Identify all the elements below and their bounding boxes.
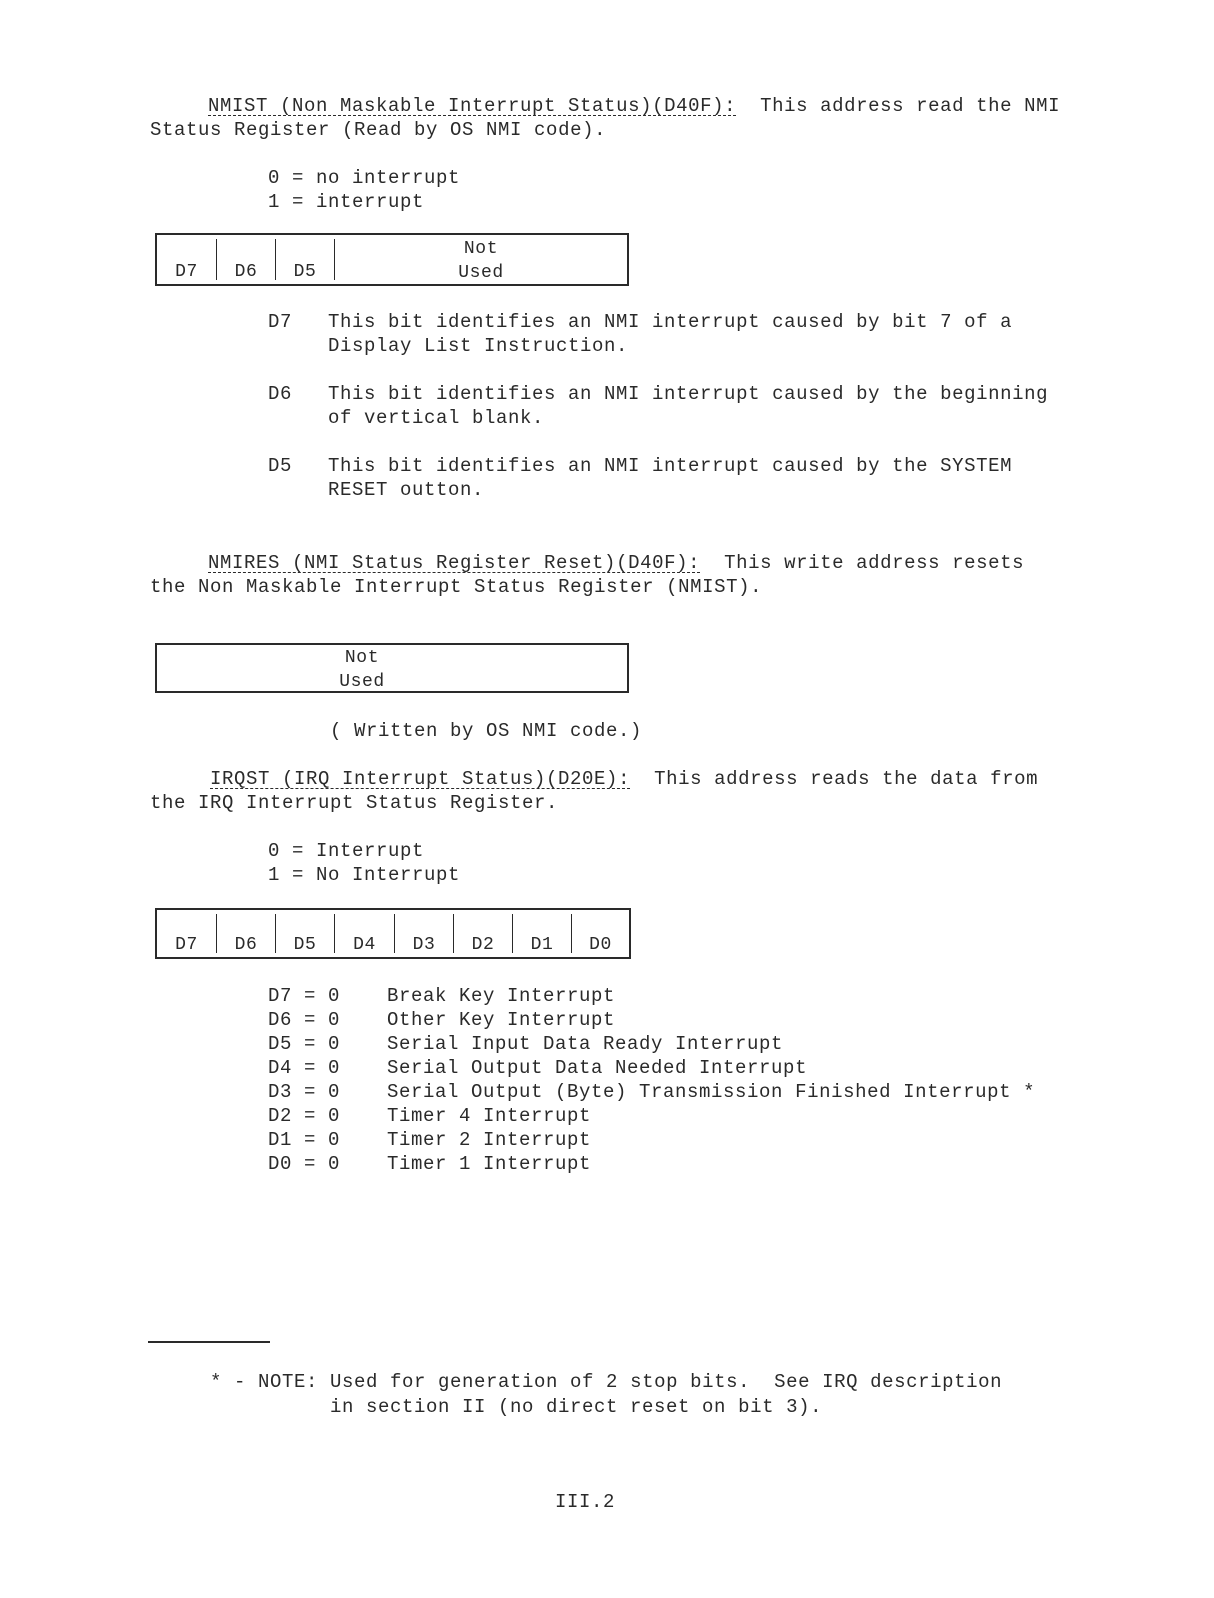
irqst-intro-line2: the IRQ Interrupt Status Register. (150, 791, 558, 815)
nmist-register-diagram: D7 D6 D5 Not Used (155, 233, 629, 286)
irqst-bit-cell-d3: D3 (395, 910, 453, 957)
irqst-meaning-d7: Break Key Interrupt (387, 984, 615, 1008)
bit-label: D7 (157, 933, 216, 957)
nmires-not-used-cell: Not Used (312, 646, 412, 694)
bit-label: D2 (454, 933, 512, 957)
irqst-bit-d3: D3 = 0 (268, 1080, 340, 1104)
bit-label: D0 (572, 933, 629, 957)
page-number: III.2 (555, 1490, 615, 1514)
nmist-desc-d5-line2: RESET outton. (328, 478, 484, 502)
irqst-bit-cell-d2: D2 (454, 910, 512, 957)
nmires-heading: NMIRES (NMI Status Register Reset)(D40F)… (208, 552, 700, 574)
nmires-intro-line2: the Non Maskable Interrupt Status Regist… (150, 575, 762, 599)
irqst-meaning-d5: Serial Input Data Ready Interrupt (387, 1032, 783, 1056)
irqst-intro-text: This address reads the data from (630, 768, 1038, 790)
not-used-line2: Used (335, 261, 627, 285)
irqst-meaning-d1: Timer 2 Interrupt (387, 1128, 591, 1152)
bit-label: D5 (276, 260, 334, 284)
irqst-meaning-d2: Timer 4 Interrupt (387, 1104, 591, 1128)
irqst-meaning-d0: Timer 1 Interrupt (387, 1152, 591, 1176)
nmist-desc-bit-d7: D7 (268, 310, 292, 334)
irqst-bit-d4: D4 = 0 (268, 1056, 340, 1080)
footnote-line1: * - NOTE: Used for generation of 2 stop … (210, 1370, 1002, 1394)
irqst-bit-cell-d1: D1 (513, 910, 571, 957)
irqst-meaning-d3: Serial Output (Byte) Transmission Finish… (387, 1080, 1035, 1104)
irqst-legend-0: 0 = Interrupt (268, 839, 424, 863)
irqst-bit-cell-d4: D4 (335, 910, 394, 957)
irqst-bit-cell-d0: D0 (572, 910, 629, 957)
bit-label: D6 (217, 260, 275, 284)
irqst-meaning-d6: Other Key Interrupt (387, 1008, 615, 1032)
nmist-legend-1: 1 = interrupt (268, 190, 424, 214)
nmires-intro-line1: NMIRES (NMI Status Register Reset)(D40F)… (208, 551, 1024, 575)
nmist-desc-d6-line1: This bit identifies an NMI interrupt cau… (328, 382, 1048, 406)
irqst-meaning-d4: Serial Output Data Needed Interrupt (387, 1056, 807, 1080)
nmist-desc-d5-line1: This bit identifies an NMI interrupt cau… (328, 454, 1012, 478)
irqst-bit-d0: D0 = 0 (268, 1152, 340, 1176)
not-used-line1: Not (335, 237, 627, 261)
bit-label: D6 (217, 933, 275, 957)
nmires-intro-text: This write address resets (700, 552, 1024, 574)
irqst-register-diagram: D7 D6 D5 D4 D3 D2 D1 D0 (155, 908, 631, 959)
footnote-line2: in section II (no direct reset on bit 3)… (330, 1395, 822, 1419)
nmist-desc-bit-d5: D5 (268, 454, 292, 478)
nmist-not-used-cell: Not Used (335, 237, 627, 285)
bit-label: D5 (276, 933, 334, 957)
nmist-bit-cell-d6: D6 (217, 235, 275, 284)
irqst-bit-d7: D7 = 0 (268, 984, 340, 1008)
nmist-intro-text: This address read the NMI (736, 95, 1060, 117)
footnote-rule (148, 1341, 270, 1343)
nmist-desc-d6-line2: of vertical blank. (328, 406, 544, 430)
irqst-bit-d1: D1 = 0 (268, 1128, 340, 1152)
nmist-intro-line2: Status Register (Read by OS NMI code). (150, 118, 606, 142)
nmist-desc-bit-d6: D6 (268, 382, 292, 406)
nmist-desc-d7-line1: This bit identifies an NMI interrupt cau… (328, 310, 1012, 334)
nmist-legend-0: 0 = no interrupt (268, 166, 460, 190)
irqst-bit-d5: D5 = 0 (268, 1032, 340, 1056)
irqst-bit-cell-d6: D6 (217, 910, 275, 957)
irqst-bit-d2: D2 = 0 (268, 1104, 340, 1128)
bit-label: D1 (513, 933, 571, 957)
not-used-line2: Used (312, 670, 412, 694)
irqst-legend-1: 1 = No Interrupt (268, 863, 460, 887)
nmist-bit-cell-d7: D7 (157, 235, 216, 284)
nmist-bit-cell-d5: D5 (276, 235, 334, 284)
irqst-bit-d6: D6 = 0 (268, 1008, 340, 1032)
nmist-intro-line1: NMIST (Non Maskable Interrupt Status)(D4… (208, 94, 1060, 118)
bit-label: D7 (157, 260, 216, 284)
nmist-desc-d7-line2: Display List Instruction. (328, 334, 628, 358)
bit-label: D4 (335, 933, 394, 957)
irqst-heading: IRQST (IRQ Interrupt Status)(D20E): (210, 768, 630, 790)
nmires-note: ( Written by OS NMI code.) (330, 719, 642, 743)
bit-label: D3 (395, 933, 453, 957)
irqst-bit-cell-d7: D7 (157, 910, 216, 957)
nmist-heading: NMIST (Non Maskable Interrupt Status)(D4… (208, 95, 736, 117)
nmires-register-diagram: Not Used (155, 643, 629, 693)
irqst-intro-line1: IRQST (IRQ Interrupt Status)(D20E): This… (210, 767, 1038, 791)
irqst-bit-cell-d5: D5 (276, 910, 334, 957)
not-used-line1: Not (312, 646, 412, 670)
